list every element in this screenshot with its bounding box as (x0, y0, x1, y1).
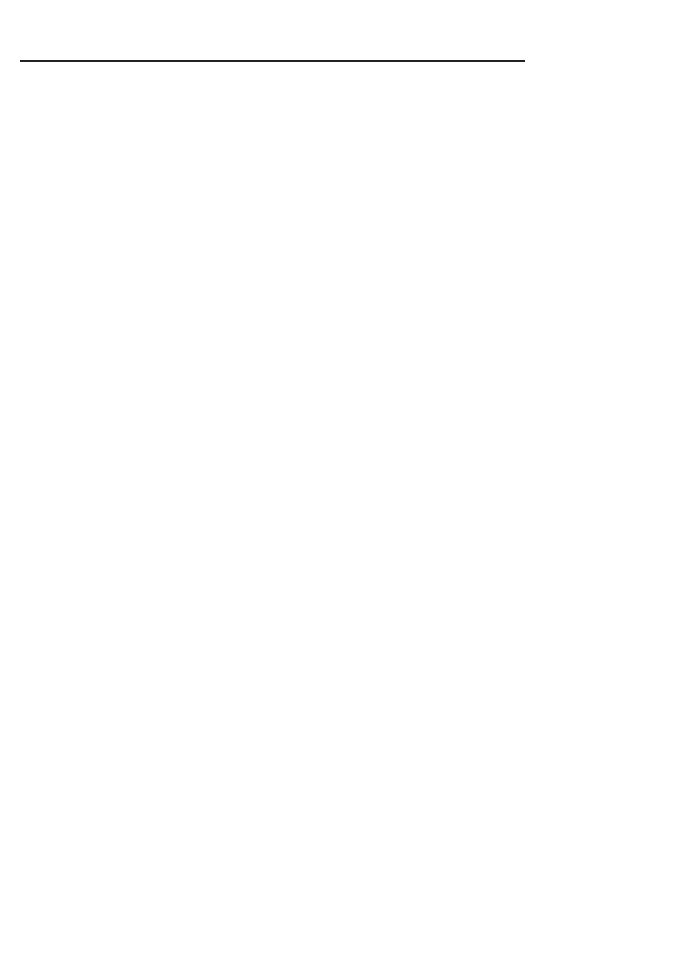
header-rule (20, 60, 525, 62)
running-header (20, 40, 525, 58)
section-heading (20, 312, 56, 330)
journal-page (0, 0, 680, 961)
